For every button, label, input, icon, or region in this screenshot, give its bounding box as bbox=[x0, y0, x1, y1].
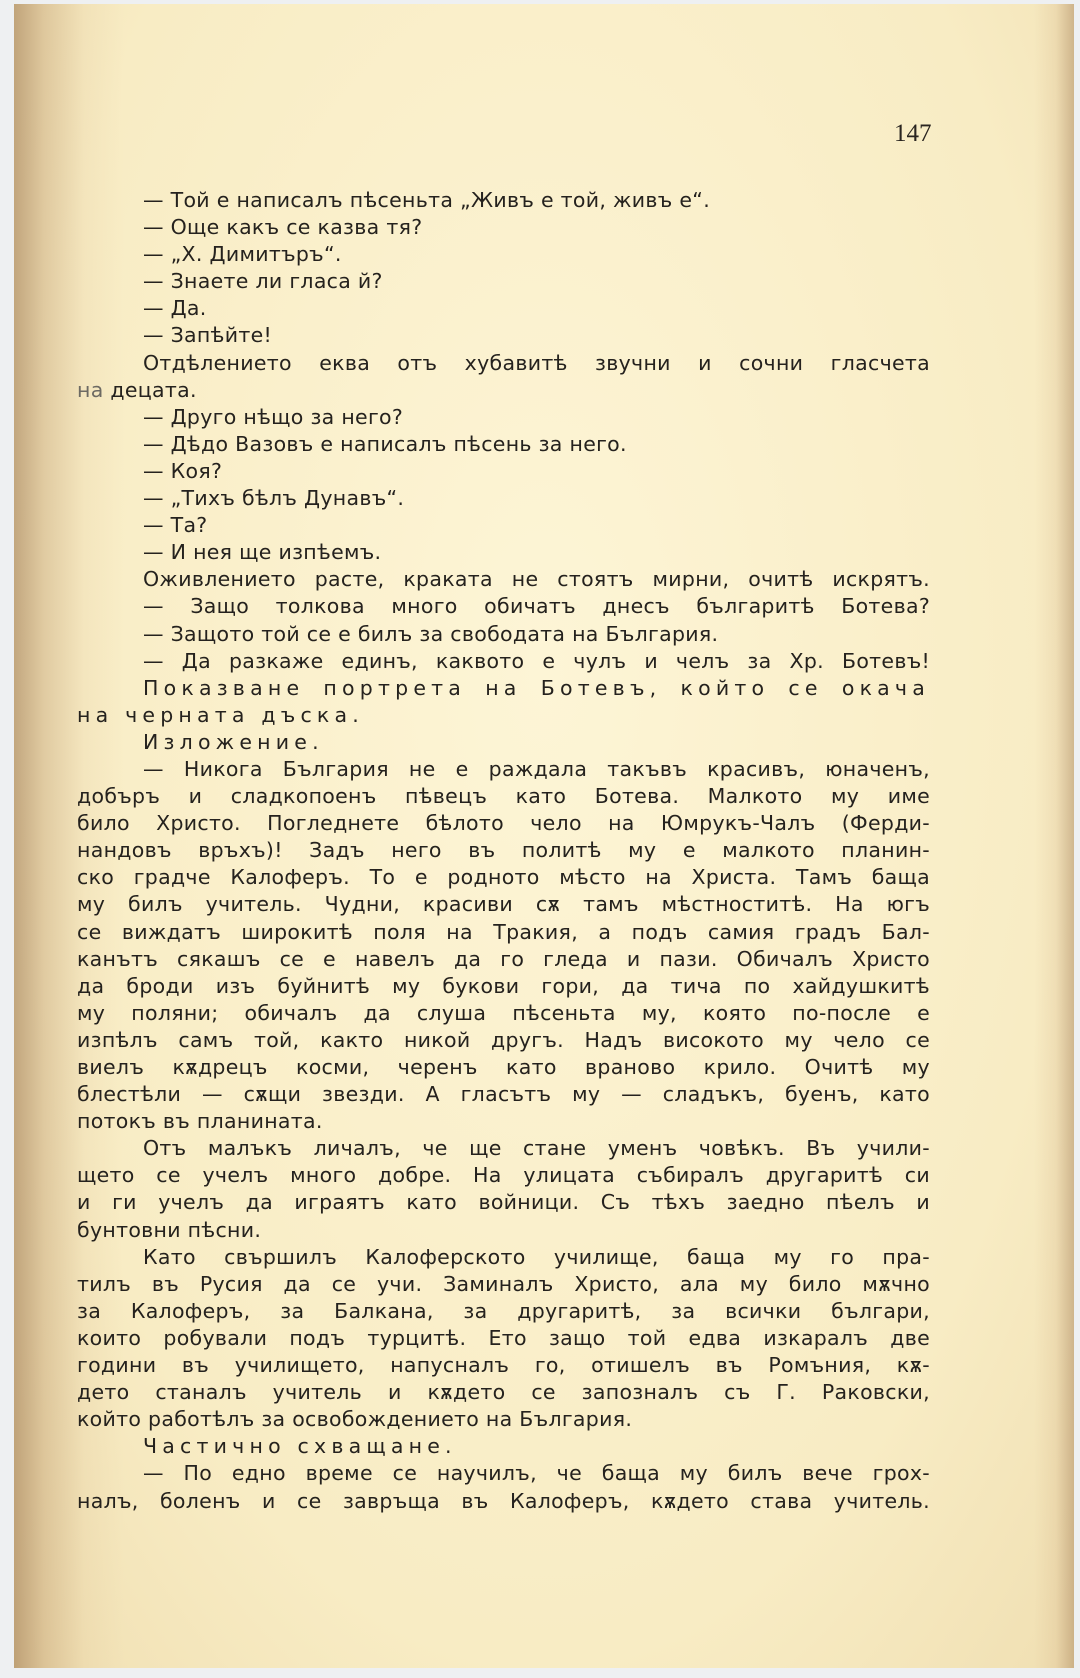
text-line: — Никога България не е раждала такъвъ кр… bbox=[77, 756, 930, 783]
text-line: — Друго нѣщо за него? bbox=[77, 404, 930, 431]
text-line: — Та? bbox=[77, 512, 930, 539]
text-line-content: бунтовни пѣсни. bbox=[77, 1218, 261, 1242]
text-line-content: — Запѣйте! bbox=[143, 323, 272, 347]
text-line: било Христо. Погледнете бѣлото чело на Ю… bbox=[77, 810, 930, 837]
text-line-content: — Коя? bbox=[143, 459, 222, 483]
text-line: тилъ въ Русия да се учи. Заминалъ Христо… bbox=[77, 1271, 930, 1298]
text-line-content: било Христо. Погледнете бѣлото чело на Ю… bbox=[77, 811, 930, 835]
scanned-page: 147 — Той е написалъ пѣсеньта „Живъ е то… bbox=[14, 4, 1074, 1668]
text-line: Отдѣлението еква отъ хубавитѣ звучни и с… bbox=[77, 350, 930, 377]
text-line: — По едно време се научилъ, че баща му б… bbox=[77, 1460, 930, 1487]
text-line: канътъ сякашъ се е навелъ да го гледа и … bbox=[77, 946, 930, 973]
text-line: — Защото той се е билъ за свободата на Б… bbox=[77, 621, 930, 648]
text-line-content: — Никога България не е раждала такъвъ кр… bbox=[143, 757, 930, 781]
text-line-content: — Друго нѣщо за него? bbox=[143, 405, 403, 429]
text-line-content: налъ, боленъ и се завръща въ Калоферъ, к… bbox=[77, 1489, 930, 1513]
text-line: — Той е написалъ пѣсеньта „Живъ е той, ж… bbox=[77, 187, 930, 214]
text-line-content: му поляни; обичалъ да слуша пѣсеньта му,… bbox=[77, 1001, 930, 1025]
text-line: му поляни; обичалъ да слуша пѣсеньта му,… bbox=[77, 1000, 930, 1027]
text-line: — Дѣдо Вазовъ е написалъ пѣсень за него. bbox=[77, 431, 930, 458]
text-line: ско градче Калоферъ. То е родното мѣсто … bbox=[77, 864, 930, 891]
text-line-content: които робували подъ турцитѣ. Ето защо то… bbox=[77, 1326, 930, 1350]
text-line: дето станалъ учитель и кѫдето се запозна… bbox=[77, 1379, 930, 1406]
text-line-content: тилъ въ Русия да се учи. Заминалъ Христо… bbox=[77, 1272, 930, 1296]
text-line-content: изпѣлъ самъ той, както никой другъ. Надъ… bbox=[77, 1028, 930, 1052]
text-line-content: — И нея ще изпѣемъ. bbox=[143, 540, 381, 564]
page-number: 147 bbox=[894, 120, 932, 148]
text-line-content: Отъ малъкъ личалъ, че ще стане уменъ чов… bbox=[143, 1136, 930, 1160]
text-line: добъръ и сладкопоенъ пѣвецъ като Ботева.… bbox=[77, 783, 930, 810]
text-line-content: му билъ учитель. Чудни, красиви сѫ тамъ … bbox=[77, 892, 930, 916]
text-line-content: добъръ и сладкопоенъ пѣвецъ като Ботева.… bbox=[77, 784, 930, 808]
text-line: — Да разкаже единъ, каквото е чулъ и чел… bbox=[77, 648, 930, 675]
text-line-content: Изложение. bbox=[143, 730, 324, 754]
text-line-content: Като свършилъ Калоферското училище, баща… bbox=[143, 1245, 930, 1269]
text-line: — Още какъ се казва тя? bbox=[77, 214, 930, 241]
text-line-content: години въ училището, напусналъ го, отише… bbox=[77, 1353, 930, 1377]
text-line: да броди изъ буйнитѣ му букови гори, да … bbox=[77, 973, 930, 1000]
text-line-content: — Та? bbox=[143, 513, 207, 537]
text-line: Като свършилъ Калоферското училище, баща… bbox=[77, 1244, 930, 1271]
text-line: изпѣлъ самъ той, както никой другъ. Надъ… bbox=[77, 1027, 930, 1054]
text-line-content: — „Тихъ бѣлъ Дунавъ“. bbox=[143, 486, 404, 510]
text-line: — И нея ще изпѣемъ. bbox=[77, 539, 930, 566]
text-line-content: — „Х. Димитъръ“. bbox=[143, 242, 342, 266]
text-line-content: — Да разкаже единъ, каквото е чулъ и чел… bbox=[143, 649, 930, 673]
text-line: блестѣли — сѫщи звезди. А гласътъ му — с… bbox=[77, 1081, 930, 1108]
text-line-content: — Още какъ се казва тя? bbox=[143, 215, 422, 239]
text-line: виелъ кѫдрецъ косми, черенъ като враново… bbox=[77, 1054, 930, 1081]
text-line-content: — По едно време се научилъ, че баща му б… bbox=[143, 1461, 930, 1485]
text-line: за Калоферъ, за Балкана, за другаритѣ, з… bbox=[77, 1298, 930, 1325]
text-line: бунтовни пѣсни. bbox=[77, 1217, 930, 1244]
text-line-content: блестѣли — сѫщи звезди. А гласътъ му — с… bbox=[77, 1082, 930, 1106]
text-line: Отъ малъкъ личалъ, че ще стане уменъ чов… bbox=[77, 1135, 930, 1162]
text-line: — Знаете ли гласа й? bbox=[77, 268, 930, 295]
text-line-content: Оживлението расте, краката не стоятъ мир… bbox=[143, 567, 930, 591]
text-line-content: се виждатъ широкитѣ поля на Тракия, а по… bbox=[77, 920, 930, 944]
text-line: Изложение. bbox=[77, 729, 930, 756]
text-line-content: щето се учелъ много добре. На улицата съ… bbox=[77, 1163, 930, 1187]
text-line-content: — Той е написалъ пѣсеньта „Живъ е той, ж… bbox=[143, 188, 710, 212]
text-line: налъ, боленъ и се завръща въ Калоферъ, к… bbox=[77, 1488, 930, 1515]
text-line: — Да. bbox=[77, 295, 930, 322]
page-text-body: — Той е написалъ пѣсеньта „Живъ е той, ж… bbox=[77, 187, 930, 1515]
text-line: които робували подъ турцитѣ. Ето защо то… bbox=[77, 1325, 930, 1352]
text-line: години въ училището, напусналъ го, отише… bbox=[77, 1352, 930, 1379]
text-line-prefix: на bbox=[77, 378, 104, 402]
text-line-content: — Дѣдо Вазовъ е написалъ пѣсень за него. bbox=[143, 432, 627, 456]
text-line-content: нандовъ връхъ)! Задъ него въ политѣ му е… bbox=[77, 838, 930, 862]
text-line: нандовъ връхъ)! Задъ него въ политѣ му е… bbox=[77, 837, 930, 864]
text-line: — Защо толкова много обичатъ днесъ бълга… bbox=[77, 593, 930, 620]
text-line-content: да броди изъ буйнитѣ му букови гори, да … bbox=[77, 974, 930, 998]
text-line: — „Х. Димитъръ“. bbox=[77, 241, 930, 268]
text-line: — „Тихъ бѣлъ Дунавъ“. bbox=[77, 485, 930, 512]
text-line-content: който работѣлъ за освобождението на Бълг… bbox=[77, 1407, 632, 1431]
text-line-content: ско градче Калоферъ. То е родното мѣсто … bbox=[77, 865, 930, 889]
text-line: и ги учелъ да играятъ като войници. Съ т… bbox=[77, 1189, 930, 1216]
text-line: му билъ учитель. Чудни, красиви сѫ тамъ … bbox=[77, 891, 930, 918]
text-line-content: за Калоферъ, за Балкана, за другаритѣ, з… bbox=[77, 1299, 930, 1323]
text-line: щето се учелъ много добре. На улицата съ… bbox=[77, 1162, 930, 1189]
text-line-content: на черната дъска. bbox=[77, 703, 364, 727]
text-line-content: потокъ въ планината. bbox=[77, 1109, 323, 1133]
text-line-content: Частично схващане. bbox=[143, 1434, 457, 1458]
text-line-content: и ги учелъ да играятъ като войници. Съ т… bbox=[77, 1190, 930, 1214]
text-line: Частично схващане. bbox=[77, 1433, 930, 1460]
text-line-content: Отдѣлението еква отъ хубавитѣ звучни и с… bbox=[143, 351, 930, 375]
text-line: който работѣлъ за освобождението на Бълг… bbox=[77, 1406, 930, 1433]
text-line-content: дето станалъ учитель и кѫдето се запозна… bbox=[77, 1380, 930, 1404]
text-line-content: виелъ кѫдрецъ косми, черенъ като враново… bbox=[77, 1055, 930, 1079]
text-line-content: — Да. bbox=[143, 296, 207, 320]
text-line: на децата. bbox=[77, 377, 930, 404]
text-line-content: децата. bbox=[104, 378, 197, 402]
text-line: — Коя? bbox=[77, 458, 930, 485]
text-line: — Запѣйте! bbox=[77, 322, 930, 349]
text-line: потокъ въ планината. bbox=[77, 1108, 930, 1135]
text-line: се виждатъ широкитѣ поля на Тракия, а по… bbox=[77, 919, 930, 946]
text-line-content: — Защо толкова много обичатъ днесъ бълга… bbox=[143, 594, 930, 618]
text-line-content: — Знаете ли гласа й? bbox=[143, 269, 383, 293]
text-line: на черната дъска. bbox=[77, 702, 930, 729]
text-line: Показване портрета на Ботевъ, който се о… bbox=[77, 675, 930, 702]
text-line-content: канътъ сякашъ се е навелъ да го гледа и … bbox=[77, 947, 930, 971]
text-line-content: — Защото той се е билъ за свободата на Б… bbox=[143, 622, 718, 646]
text-line: Оживлението расте, краката не стоятъ мир… bbox=[77, 566, 930, 593]
text-line-content: Показване портрета на Ботевъ, който се о… bbox=[143, 676, 930, 700]
